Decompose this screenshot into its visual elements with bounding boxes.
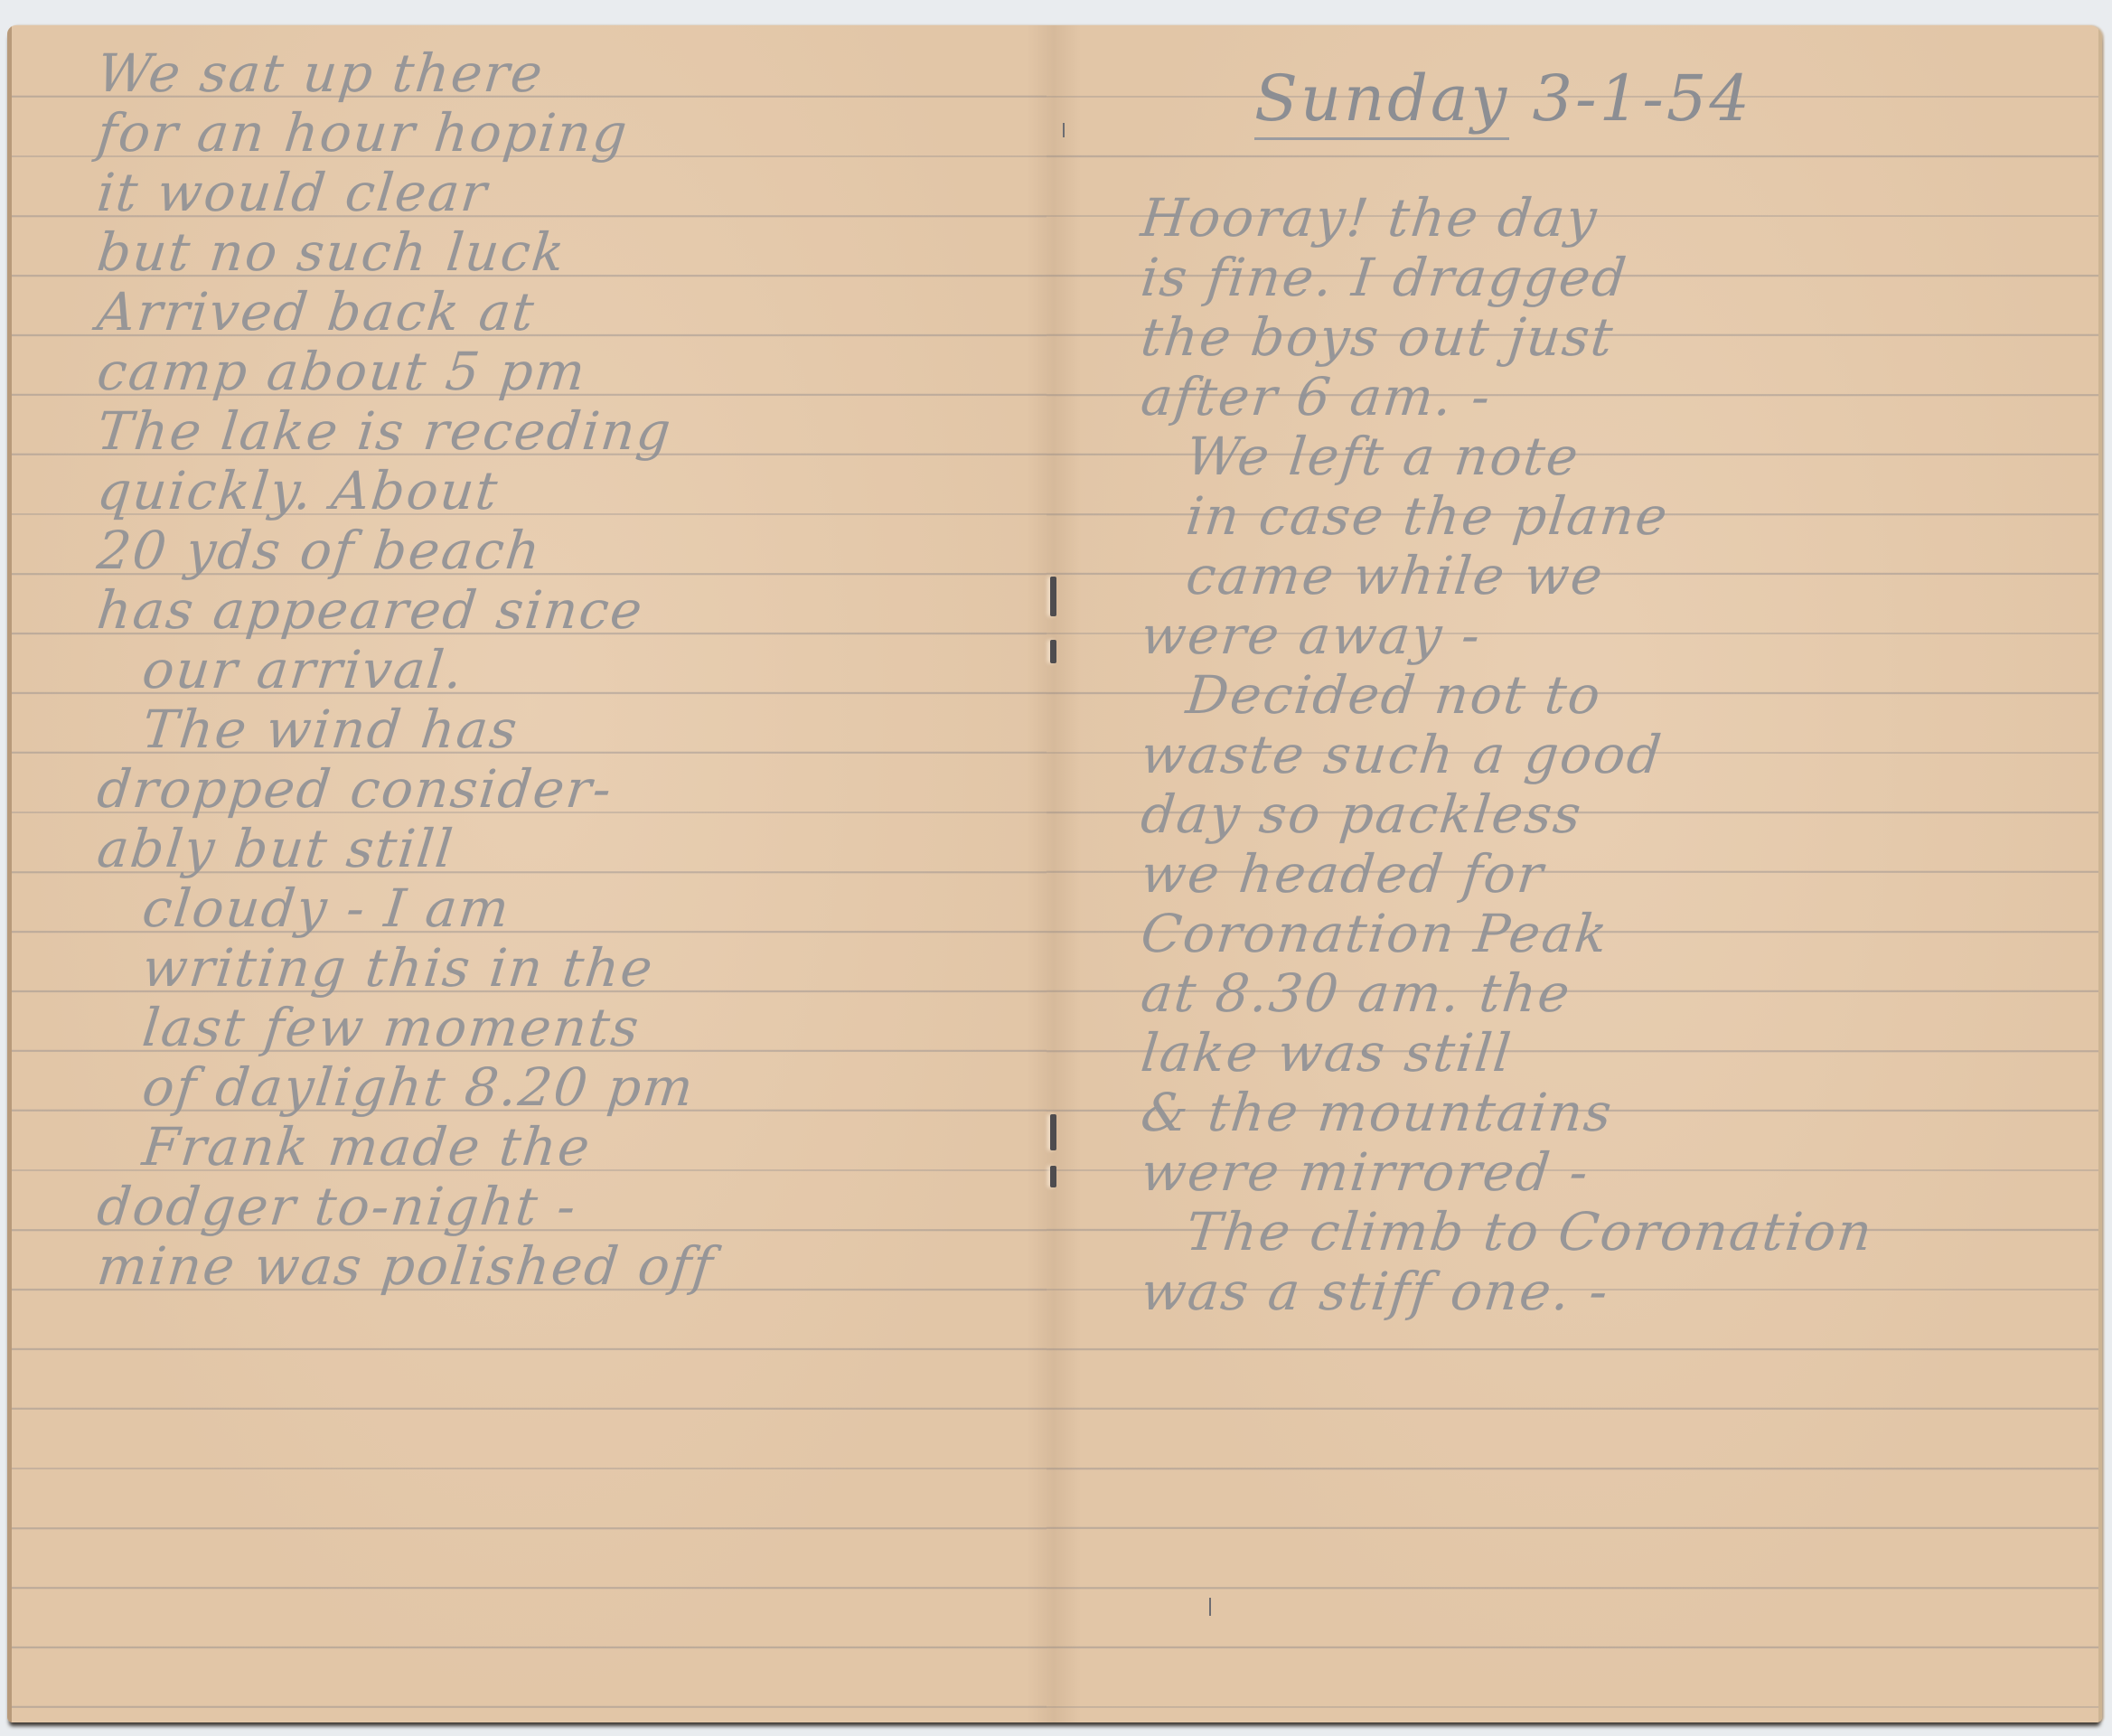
text-line: waste such a good xyxy=(1139,725,2085,784)
text-line: The lake is receding xyxy=(95,401,1041,461)
text-line: camp about 5 pm xyxy=(95,342,1041,401)
text-line: ably but still xyxy=(95,819,1041,878)
text-line: Coronation Peak xyxy=(1139,904,2085,963)
staple-icon xyxy=(1050,640,1056,663)
text-line: dodger to-night - xyxy=(95,1177,1041,1236)
pencil-mark xyxy=(1209,1598,1211,1616)
text-line: we headed for xyxy=(1139,844,2085,904)
spine-mark xyxy=(1063,123,1065,137)
text-line: came while we xyxy=(1139,546,2085,605)
text-line: our arrival. xyxy=(95,640,1041,699)
text-line: lake was still xyxy=(1139,1023,2085,1083)
text-line: at 8.30 am. the xyxy=(1139,963,2085,1023)
entry-date: 3-1-54 xyxy=(1532,61,1751,136)
text-line: We sat up there xyxy=(95,43,1041,103)
text-line: after 6 am. - xyxy=(1139,367,2085,427)
staple-icon xyxy=(1050,1114,1056,1150)
text-line: mine was polished off xyxy=(95,1236,1041,1296)
text-line: The wind has xyxy=(95,699,1041,759)
text-line: The climb to Coronation xyxy=(1139,1202,2085,1262)
text-line: was a stiff one. - xyxy=(1139,1262,2085,1321)
text-line: were away - xyxy=(1139,605,2085,665)
text-line: We left a note xyxy=(1139,427,2085,486)
text-line: it would clear xyxy=(95,163,1041,222)
text-line: dropped consider- xyxy=(95,759,1041,819)
entry-heading: Sunday 3-1-54 xyxy=(1254,61,1752,136)
text-line: writing this in the xyxy=(95,938,1041,998)
text-line: day so packless xyxy=(1139,784,2085,844)
text-line: Hooray! the day xyxy=(1139,188,2085,248)
text-line: Arrived back at xyxy=(95,282,1041,342)
text-line: quickly. About xyxy=(95,461,1041,521)
text-line: 20 yds of beach xyxy=(95,521,1041,580)
staple-icon xyxy=(1050,1166,1056,1187)
text-line: is fine. I dragged xyxy=(1139,248,2085,307)
text-line: has appeared since xyxy=(95,580,1041,640)
text-line: in case the plane xyxy=(1139,486,2085,546)
text-line: the boys out just xyxy=(1139,307,2085,367)
text-line: were mirrored - xyxy=(1139,1142,2085,1202)
staple-icon xyxy=(1050,577,1056,616)
text-line: last few moments xyxy=(95,998,1041,1057)
left-page: We sat up there for an hour hoping it wo… xyxy=(7,25,1047,1722)
text-line: Frank made the xyxy=(95,1117,1041,1177)
text-line: cloudy - I am xyxy=(95,878,1041,938)
text-line: of daylight 8.20 pm xyxy=(95,1057,1041,1117)
right-page: Sunday 3-1-54 Hooray! the day is fine. I… xyxy=(1047,25,2102,1722)
text-line: & the mountains xyxy=(1139,1083,2085,1142)
right-page-text: Hooray! the day is fine. I dragged the b… xyxy=(1141,188,2081,1321)
notebook-spread: We sat up there for an hour hoping it wo… xyxy=(7,25,2102,1722)
spine-gutter xyxy=(1027,25,1081,1722)
text-line: but no such luck xyxy=(95,222,1041,282)
text-line: Decided not to xyxy=(1139,665,2085,725)
entry-day: Sunday xyxy=(1254,61,1509,140)
text-line: for an hour hoping xyxy=(95,103,1041,163)
left-page-text: We sat up there for an hour hoping it wo… xyxy=(98,43,1037,1296)
